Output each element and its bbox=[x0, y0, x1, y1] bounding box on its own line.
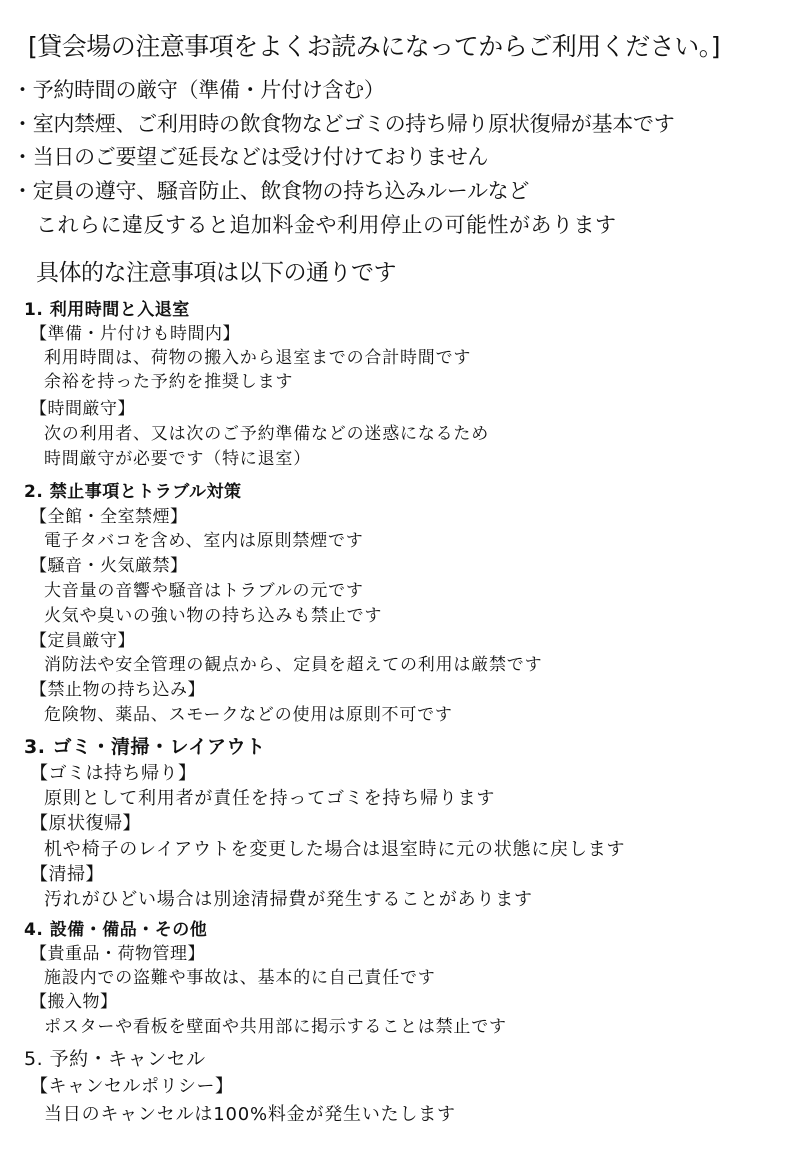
item-label: 【時間厳守】 bbox=[30, 401, 135, 418]
item-text: 原則として利用者が責任を持ってゴミを持ち帰ります bbox=[44, 790, 495, 808]
bullet-item: ・当日のご要望ご延長などは受け付けておりません bbox=[12, 147, 488, 168]
page-title: [貸会場の注意事項をよくお読みになってからご利用ください。] bbox=[28, 34, 720, 59]
item-label: 【貴重品・荷物管理】 bbox=[30, 946, 205, 963]
item-label: 【搬入物】 bbox=[30, 994, 118, 1011]
item-text: 時間厳守が必要です（特に退室） bbox=[44, 451, 311, 468]
section-heading: 1. 利用時間と入退室 bbox=[24, 302, 190, 319]
item-text: 電子タバコを含め、室内は原則禁煙です bbox=[44, 533, 364, 550]
item-text: 当日のキャンセルは100%料金が発生いたします bbox=[44, 1106, 456, 1124]
item-label: 【全館・全室禁煙】 bbox=[30, 509, 188, 526]
item-text: 施設内での盗難や事故は、基本的に自己責任です bbox=[44, 970, 436, 987]
item-text: 消防法や安全管理の観点から、定員を超えての利用は厳禁です bbox=[44, 657, 542, 674]
item-label: 【キャンセルポリシー】 bbox=[30, 1078, 234, 1096]
item-text: 利用時間は、荷物の搬入から退室までの合計時間です bbox=[44, 350, 471, 367]
section-heading: 3. ゴミ・清掃・レイアウト bbox=[24, 738, 266, 757]
intro-heading: 具体的な注意事項は以下の通りです bbox=[36, 262, 396, 285]
item-label: 【定員厳守】 bbox=[30, 633, 135, 650]
bullet-item: ・定員の遵守、騒音防止、飲食物の持ち込みルールなど bbox=[12, 181, 529, 202]
bullet-item: ・予約時間の厳守（準備・片付け含む） bbox=[12, 80, 385, 101]
item-label: 【騒音・火気厳禁】 bbox=[30, 558, 188, 575]
item-label: 【原状復帰】 bbox=[30, 815, 141, 833]
item-label: 【ゴミは持ち帰り】 bbox=[30, 765, 197, 783]
item-text: 机や椅子のレイアウトを変更した場合は退室時に元の状態に戻します bbox=[44, 841, 625, 859]
item-text: 汚れがひどい場合は別途清掃費が発生することがあります bbox=[44, 891, 533, 909]
section-heading: 4. 設備・備品・その他 bbox=[24, 922, 207, 939]
item-label: 【清掃】 bbox=[30, 866, 104, 884]
item-text: ポスターや看板を壁面や共用部に掲示することは禁止です bbox=[44, 1019, 507, 1036]
item-text: 危険物、薬品、スモークなどの使用は原則不可です bbox=[44, 707, 453, 724]
item-label: 【禁止物の持ち込み】 bbox=[30, 682, 205, 699]
section-heading: 5. 予約・キャンセル bbox=[24, 1050, 206, 1069]
item-text: 火気や臭いの強い物の持ち込みも禁止です bbox=[44, 608, 382, 625]
bullet-item: ・室内禁煙、ご利用時の飲食物などゴミの持ち帰り原状復帰が基本です bbox=[12, 114, 674, 135]
item-label: 【準備・片付けも時間内】 bbox=[30, 326, 240, 343]
bullet-continuation: これらに違反すると追加料金や利用停止の可能性があります bbox=[36, 215, 617, 236]
section-heading: 2. 禁止事項とトラブル対策 bbox=[24, 484, 242, 501]
item-text: 次の利用者、又は次のご予約準備などの迷惑になるため bbox=[44, 426, 489, 443]
item-text: 余裕を持った予約を推奨します bbox=[44, 374, 293, 391]
item-text: 大音量の音響や騒音はトラブルの元です bbox=[44, 583, 364, 600]
